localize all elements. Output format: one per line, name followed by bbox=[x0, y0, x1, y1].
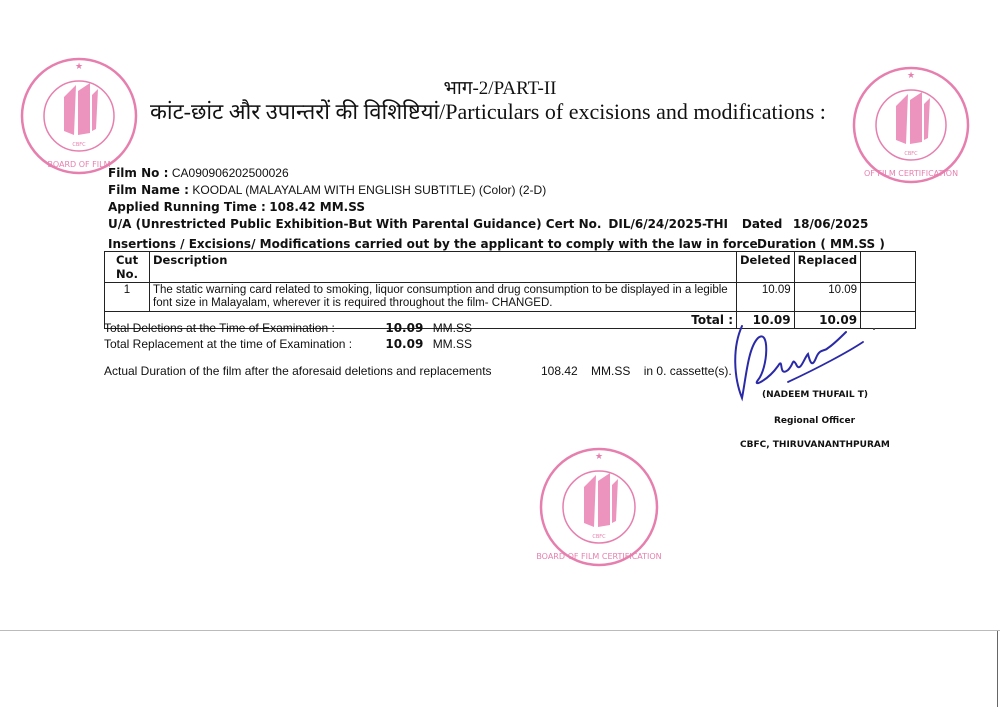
total-replacement-label: Total Replacement at the time of Examina… bbox=[104, 337, 382, 351]
svg-text:★: ★ bbox=[75, 62, 83, 72]
running-time-label: Applied Running Time : bbox=[108, 200, 266, 214]
table-intro: Insertions / Excisions/ Modifications ca… bbox=[108, 237, 758, 251]
cassettes-text: in 0. cassette(s). bbox=[644, 364, 732, 378]
actual-duration-value-row: 108.42 MM.SS in 0. cassette(s). bbox=[541, 364, 732, 378]
col-description: Description bbox=[150, 252, 737, 283]
svg-text:BOARD OF FILM: BOARD OF FILM bbox=[48, 160, 111, 169]
col-blank bbox=[861, 252, 916, 283]
total-replacement-unit: MM.SS bbox=[433, 337, 472, 351]
dated-label: Dated bbox=[742, 217, 783, 231]
actual-duration-label: Actual Duration of the film after the af… bbox=[104, 364, 492, 378]
deleted-cell: 10.09 bbox=[737, 283, 795, 312]
total-deletions-unit: MM.SS bbox=[433, 321, 472, 335]
replaced-cell: 10.09 bbox=[794, 283, 860, 312]
page-bottom-edge bbox=[0, 630, 1000, 631]
svg-text:CBFC: CBFC bbox=[904, 151, 918, 157]
actual-duration-unit: MM.SS bbox=[591, 364, 630, 378]
cert-line: U/A (Unrestricted Public Exhibition-But … bbox=[108, 217, 868, 231]
blank-cell bbox=[861, 283, 916, 312]
film-name-line: Film Name : KOODAL (MALAYALAM WITH ENGLI… bbox=[108, 183, 546, 197]
cert-no: DIL/6/24/2025-THI bbox=[608, 217, 728, 231]
svg-text:CBFC: CBFC bbox=[592, 534, 606, 540]
page-title: कांट-छांट और उपान्तरों की विशिष्टियां/Pa… bbox=[150, 96, 826, 126]
cert-category: U/A (Unrestricted Public Exhibition-But … bbox=[108, 217, 601, 231]
col-cut-no: Cut No. bbox=[105, 252, 150, 283]
svg-text:BOARD OF FILM CERTIFICATION: BOARD OF FILM CERTIFICATION bbox=[537, 552, 661, 561]
page-right-edge bbox=[997, 631, 998, 707]
description-cell: The static warning card related to smoki… bbox=[150, 283, 737, 312]
table-intro-text: Insertions / Excisions/ Modifications ca… bbox=[108, 237, 758, 251]
col-deleted: Deleted bbox=[737, 252, 795, 283]
cbfc-stamp-right: ★ OF FILM CERTIFICATION CBFC bbox=[850, 64, 972, 186]
svg-text:★: ★ bbox=[907, 71, 915, 81]
duration-header: Duration ( MM.SS ) bbox=[757, 237, 885, 251]
svg-text:★: ★ bbox=[595, 452, 603, 462]
total-deletions-label: Total Deletions at the Time of Examinati… bbox=[104, 321, 382, 335]
film-name-value: KOODAL (MALAYALAM WITH ENGLISH SUBTITLE)… bbox=[192, 183, 546, 197]
col-replaced: Replaced bbox=[794, 252, 860, 283]
running-time-line: Applied Running Time : 108.42 MM.SS bbox=[108, 200, 365, 214]
table-header-row: Cut No. Description Deleted Replaced bbox=[105, 252, 916, 283]
table-row: 1 The static warning card related to smo… bbox=[105, 283, 916, 312]
signatory-office: CBFC, THIRUVANANTHPURAM bbox=[740, 440, 890, 450]
total-deletions-value: 10.09 bbox=[385, 321, 429, 335]
cut-no-cell: 1 bbox=[105, 283, 150, 312]
total-replacement-row: Total Replacement at the time of Examina… bbox=[104, 337, 472, 351]
film-no-value: CA090906202500026 bbox=[172, 166, 289, 180]
signatory-name: (NADEEM THUFAIL T) bbox=[762, 390, 868, 400]
total-replacement-value: 10.09 bbox=[385, 337, 429, 351]
total-deletions-row: Total Deletions at the Time of Examinati… bbox=[104, 321, 472, 335]
signatory-designation: Regional Officer bbox=[774, 416, 855, 426]
running-time-value: 108.42 MM.SS bbox=[269, 200, 365, 214]
svg-text:OF FILM CERTIFICATION: OF FILM CERTIFICATION bbox=[864, 169, 958, 178]
actual-duration-row: Actual Duration of the film after the af… bbox=[104, 364, 492, 378]
cbfc-stamp-bottom: ★ BOARD OF FILM CERTIFICATION CBFC bbox=[537, 445, 661, 569]
actual-duration-value: 108.42 bbox=[541, 364, 578, 378]
certificate-page: भाग-2/PART-II कांट-छांट और उपान्तरों की … bbox=[0, 0, 1000, 707]
film-name-label: Film Name : bbox=[108, 183, 189, 197]
svg-text:CBFC: CBFC bbox=[72, 142, 86, 148]
cbfc-stamp-left: ★ BOARD OF FILM CBFC bbox=[18, 55, 140, 177]
dated-value: 18/06/2025 bbox=[793, 217, 869, 231]
